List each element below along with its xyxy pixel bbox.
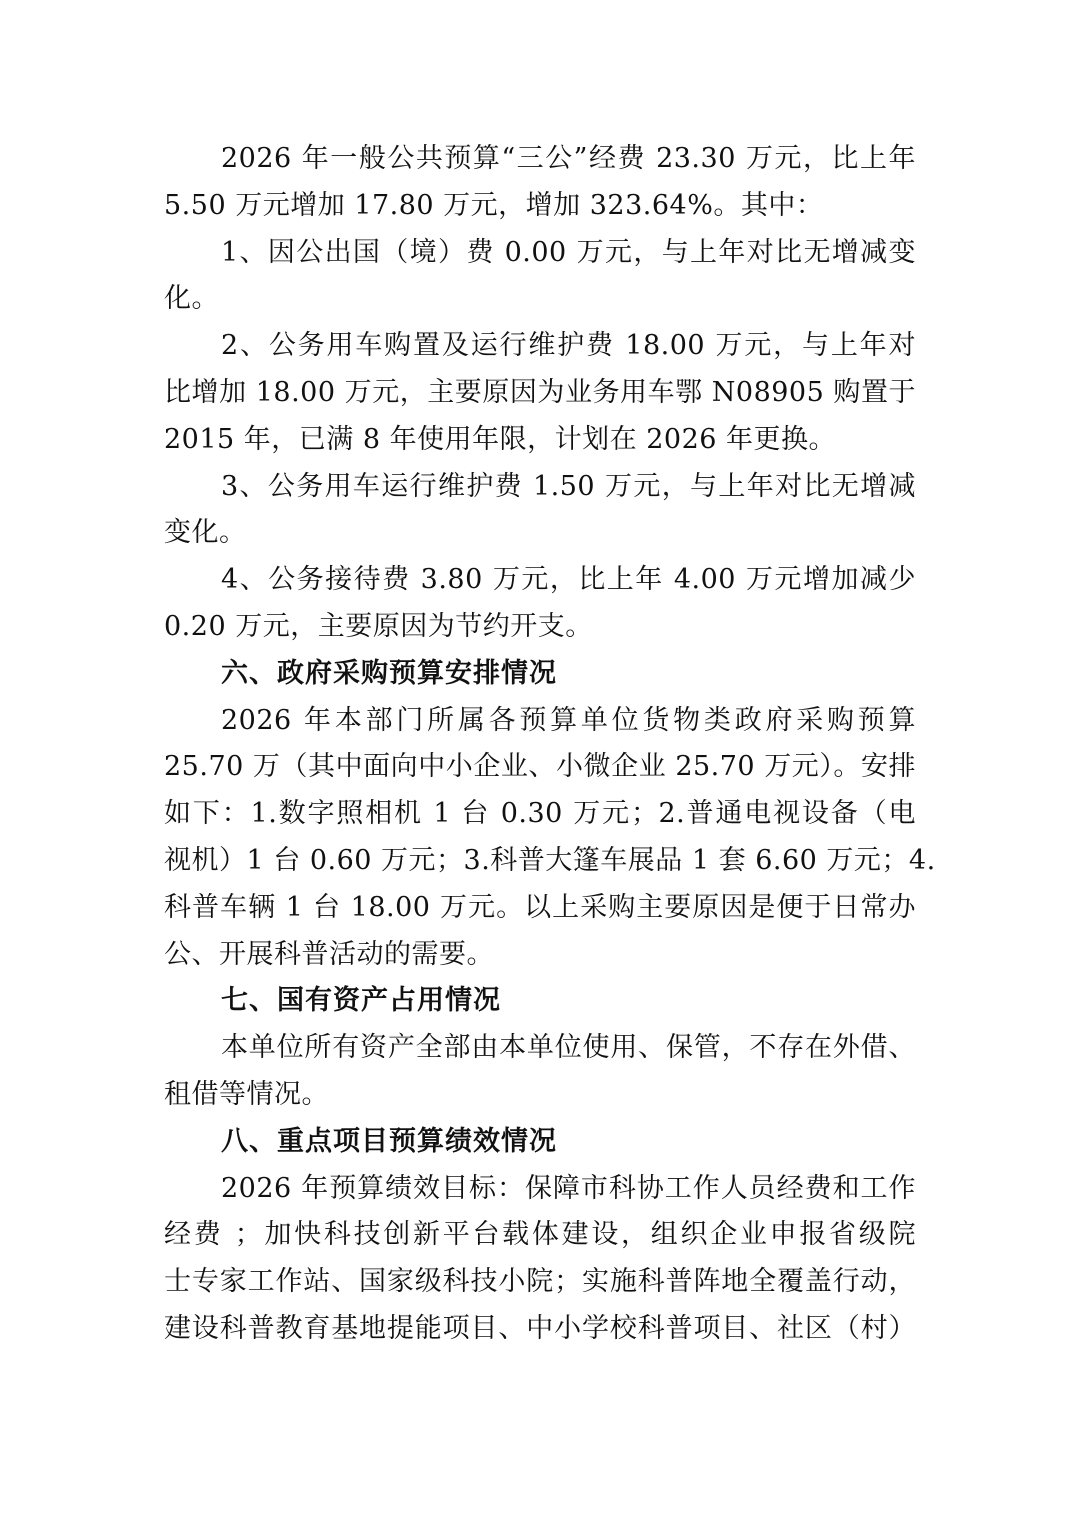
text-line: 比增加 18.00 万元，主要原因为业务用车鄂 N08905 购置于 <box>164 370 916 417</box>
text-line: 建设科普教育基地提能项目、中小学校科普项目、社区（村） <box>164 1306 916 1353</box>
text-line: 2、公务用车购置及运行维护费 18.00 万元，与上年对 <box>164 323 916 370</box>
text-line: 经费 ；加快科技创新平台载体建设，组织企业申报省级院 <box>164 1212 916 1259</box>
text-line: 5.50 万元增加 17.80 万元，增加 323.64%。其中： <box>164 183 916 230</box>
text-line: 变化。 <box>164 510 916 557</box>
text-line: 视机）1 台 0.60 万元；3.科普大篷车展品 1 套 6.60 万元；4. <box>164 838 916 885</box>
text-line: 0.20 万元，主要原因为节约开支。 <box>164 604 916 651</box>
text-line: 3、公务用车运行维护费 1.50 万元，与上年对比无增减 <box>164 464 916 511</box>
text-line: 化。 <box>164 276 916 323</box>
text-line: 2026 年本部门所属各预算单位货物类政府采购预算 <box>164 698 916 745</box>
text-line: 25.70 万（其中面向中小企业、小微企业 25.70 万元）。安排 <box>164 744 916 791</box>
paragraph-state-assets-details: 本单位所有资产全部由本单位使用、保管，不存在外借、 租借等情况。 <box>164 1025 916 1119</box>
section-heading-state-assets: 七、国有资产占用情况 <box>164 978 916 1025</box>
section-heading-government-procurement: 六、政府采购预算安排情况 <box>164 651 916 698</box>
text-line: 本单位所有资产全部由本单位使用、保管，不存在外借、 <box>164 1025 916 1072</box>
text-line: 2015 年，已满 8 年使用年限，计划在 2026 年更换。 <box>164 417 916 464</box>
paragraph-performance-goals: 2026 年预算绩效目标：保障市科协工作人员经费和工作 经费 ；加快科技创新平台… <box>164 1166 916 1353</box>
paragraph-item-2-vehicle-purchase: 2、公务用车购置及运行维护费 18.00 万元，与上年对 比增加 18.00 万… <box>164 323 916 463</box>
text-line: 4、公务接待费 3.80 万元，比上年 4.00 万元增加减少 <box>164 557 916 604</box>
paragraph-item-4-reception: 4、公务接待费 3.80 万元，比上年 4.00 万元增加减少 0.20 万元，… <box>164 557 916 651</box>
text-line: 如下：1.数字照相机 1 台 0.30 万元；2.普通电视设备（电 <box>164 791 916 838</box>
text-line: 2026 年预算绩效目标：保障市科协工作人员经费和工作 <box>164 1166 916 1213</box>
text-line: 1、因公出国（境）费 0.00 万元，与上年对比无增减变 <box>164 230 916 277</box>
paragraph-item-1-overseas-travel: 1、因公出国（境）费 0.00 万元，与上年对比无增减变 化。 <box>164 230 916 324</box>
paragraph-three-public-expenses: 2026 年一般公共预算“三公”经费 23.30 万元，比上年 5.50 万元增… <box>164 136 916 230</box>
section-heading-key-project-performance: 八、重点项目预算绩效情况 <box>164 1119 916 1166</box>
paragraph-item-3-vehicle-maintenance: 3、公务用车运行维护费 1.50 万元，与上年对比无增减 变化。 <box>164 464 916 558</box>
text-line: 租借等情况。 <box>164 1072 916 1119</box>
text-line: 公、开展科普活动的需要。 <box>164 932 916 979</box>
paragraph-procurement-details: 2026 年本部门所属各预算单位货物类政府采购预算 25.70 万（其中面向中小… <box>164 698 916 979</box>
text-line: 士专家工作站、国家级科技小院；实施科普阵地全覆盖行动， <box>164 1259 916 1306</box>
document-page: 2026 年一般公共预算“三公”经费 23.30 万元，比上年 5.50 万元增… <box>0 0 1074 1520</box>
document-body: 2026 年一般公共预算“三公”经费 23.30 万元，比上年 5.50 万元增… <box>164 136 916 1353</box>
text-line: 2026 年一般公共预算“三公”经费 23.30 万元，比上年 <box>164 136 916 183</box>
text-line: 科普车辆 1 台 18.00 万元。以上采购主要原因是便于日常办 <box>164 885 916 932</box>
